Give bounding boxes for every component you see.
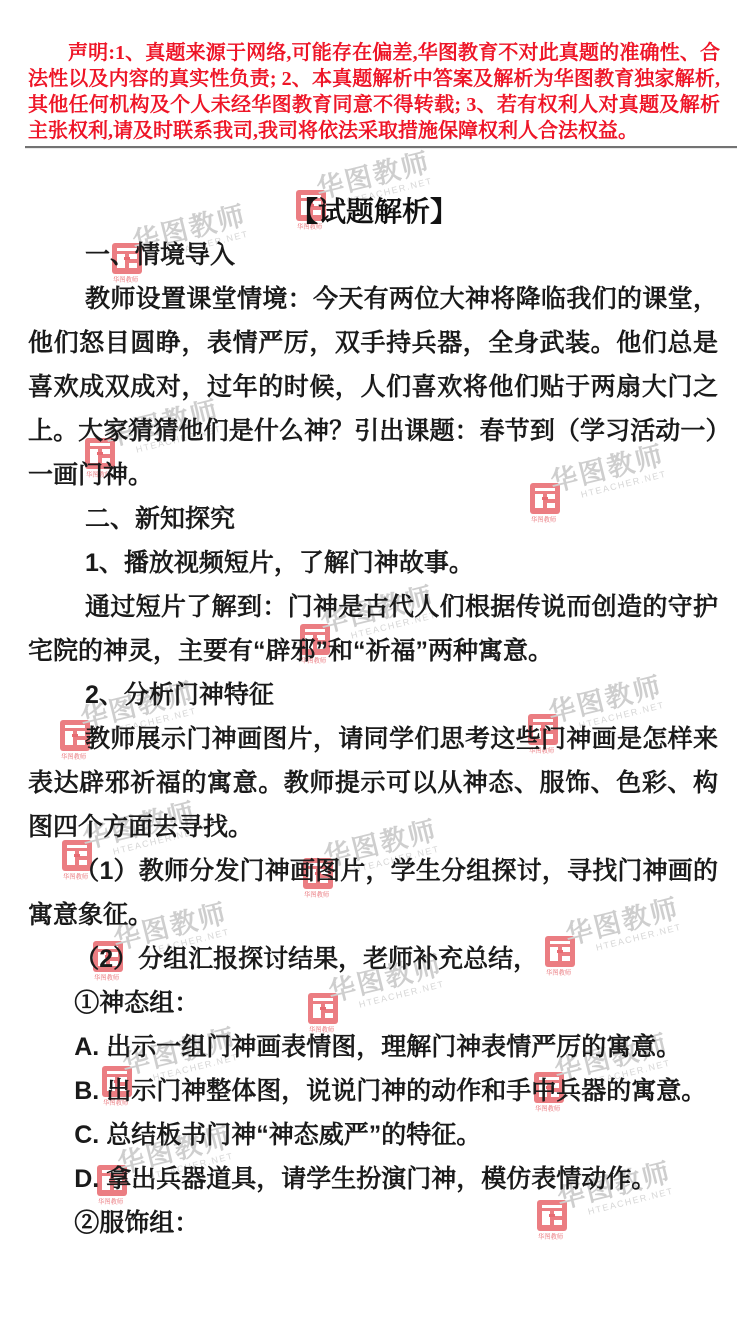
page-title: 【试题解析】 (0, 196, 748, 228)
doc-paragraph: 1、播放视频短片，了解门神故事。 (28, 541, 718, 585)
copyright-disclaimer: 声明:1、真题来源于网络,可能存在偏差,华图教育不对此真题的准确性、合法性以及内… (28, 40, 720, 144)
doc-paragraph: D. 拿出兵器道具，请学生扮演门神，模仿表情动作。 (28, 1157, 718, 1201)
doc-paragraph: 教师设置课堂情境：今天有两位大神将降临我们的课堂，他们怒目圆睁，表情严厉，双手持… (28, 277, 718, 497)
doc-paragraph: 二、新知探究 (28, 497, 718, 541)
doc-paragraph: 一、情境导入 (28, 233, 718, 277)
document-body: 一、情境导入教师设置课堂情境：今天有两位大神将降临我们的课堂，他们怒目圆睁，表情… (28, 233, 718, 1245)
doc-paragraph: （2）分组汇报探讨结果，老师补充总结， (28, 937, 718, 981)
doc-paragraph: 教师展示门神画图片，请同学们思考这些门神画是怎样来表达辟邪祈福的寓意。教师提示可… (28, 717, 718, 849)
doc-paragraph: A. 出示一组门神画表情图，理解门神表情严厉的寓意。 (28, 1025, 718, 1069)
doc-paragraph: ①神态组： (28, 981, 718, 1025)
doc-paragraph: B. 出示门神整体图，说说门神的动作和手中兵器的寓意。 (28, 1069, 718, 1113)
doc-paragraph: 通过短片了解到：门神是古代人们根据传说而创造的守护宅院的神灵，主要有“辟邪”和“… (28, 585, 718, 673)
horizontal-divider (25, 146, 737, 149)
doc-paragraph: 2、分析门神特征 (28, 673, 718, 717)
document-page: 华图教师 华图教师 HTEACHER.NET 华图教师 华图教师 HTEACHE… (0, 0, 748, 1335)
doc-paragraph: （1）教师分发门神画图片，学生分组探讨，寻找门神画的寓意象征。 (28, 849, 718, 937)
doc-paragraph: C. 总结板书门神“神态威严”的特征。 (28, 1113, 718, 1157)
doc-paragraph: ②服饰组： (28, 1201, 718, 1245)
